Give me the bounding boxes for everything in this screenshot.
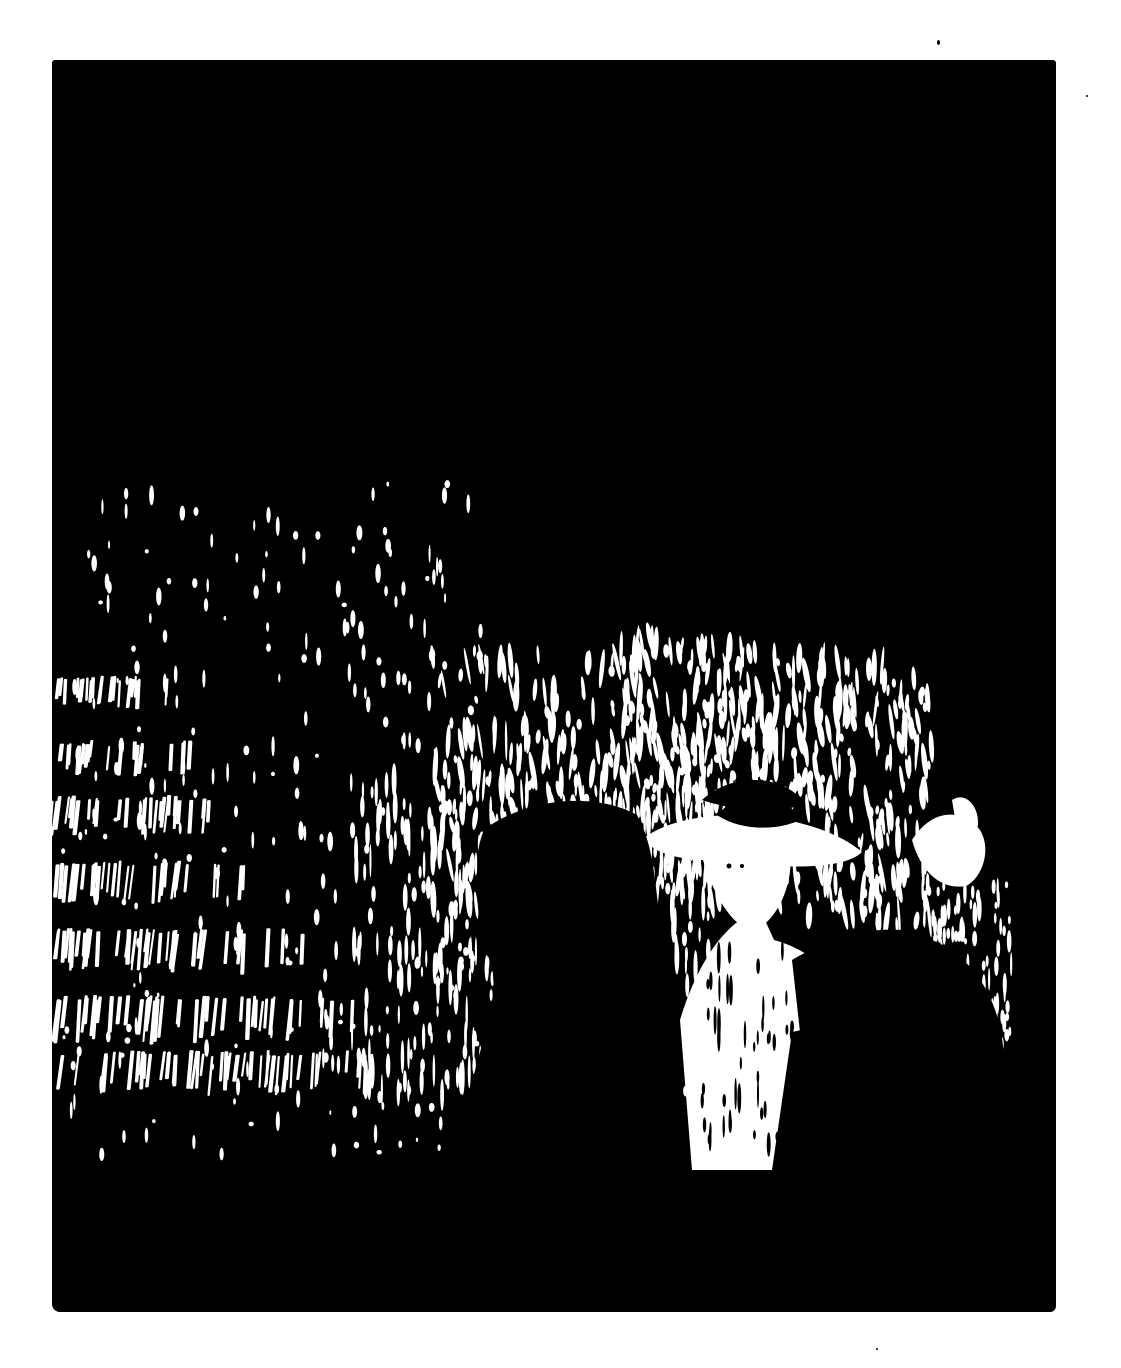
staircase — [52, 480, 483, 1161]
paper-speck — [937, 40, 940, 45]
artwork-illustration — [52, 60, 1056, 1312]
artwork-print — [52, 60, 1056, 1312]
paper-speck — [1086, 95, 1088, 97]
paper-speck — [876, 1348, 878, 1350]
